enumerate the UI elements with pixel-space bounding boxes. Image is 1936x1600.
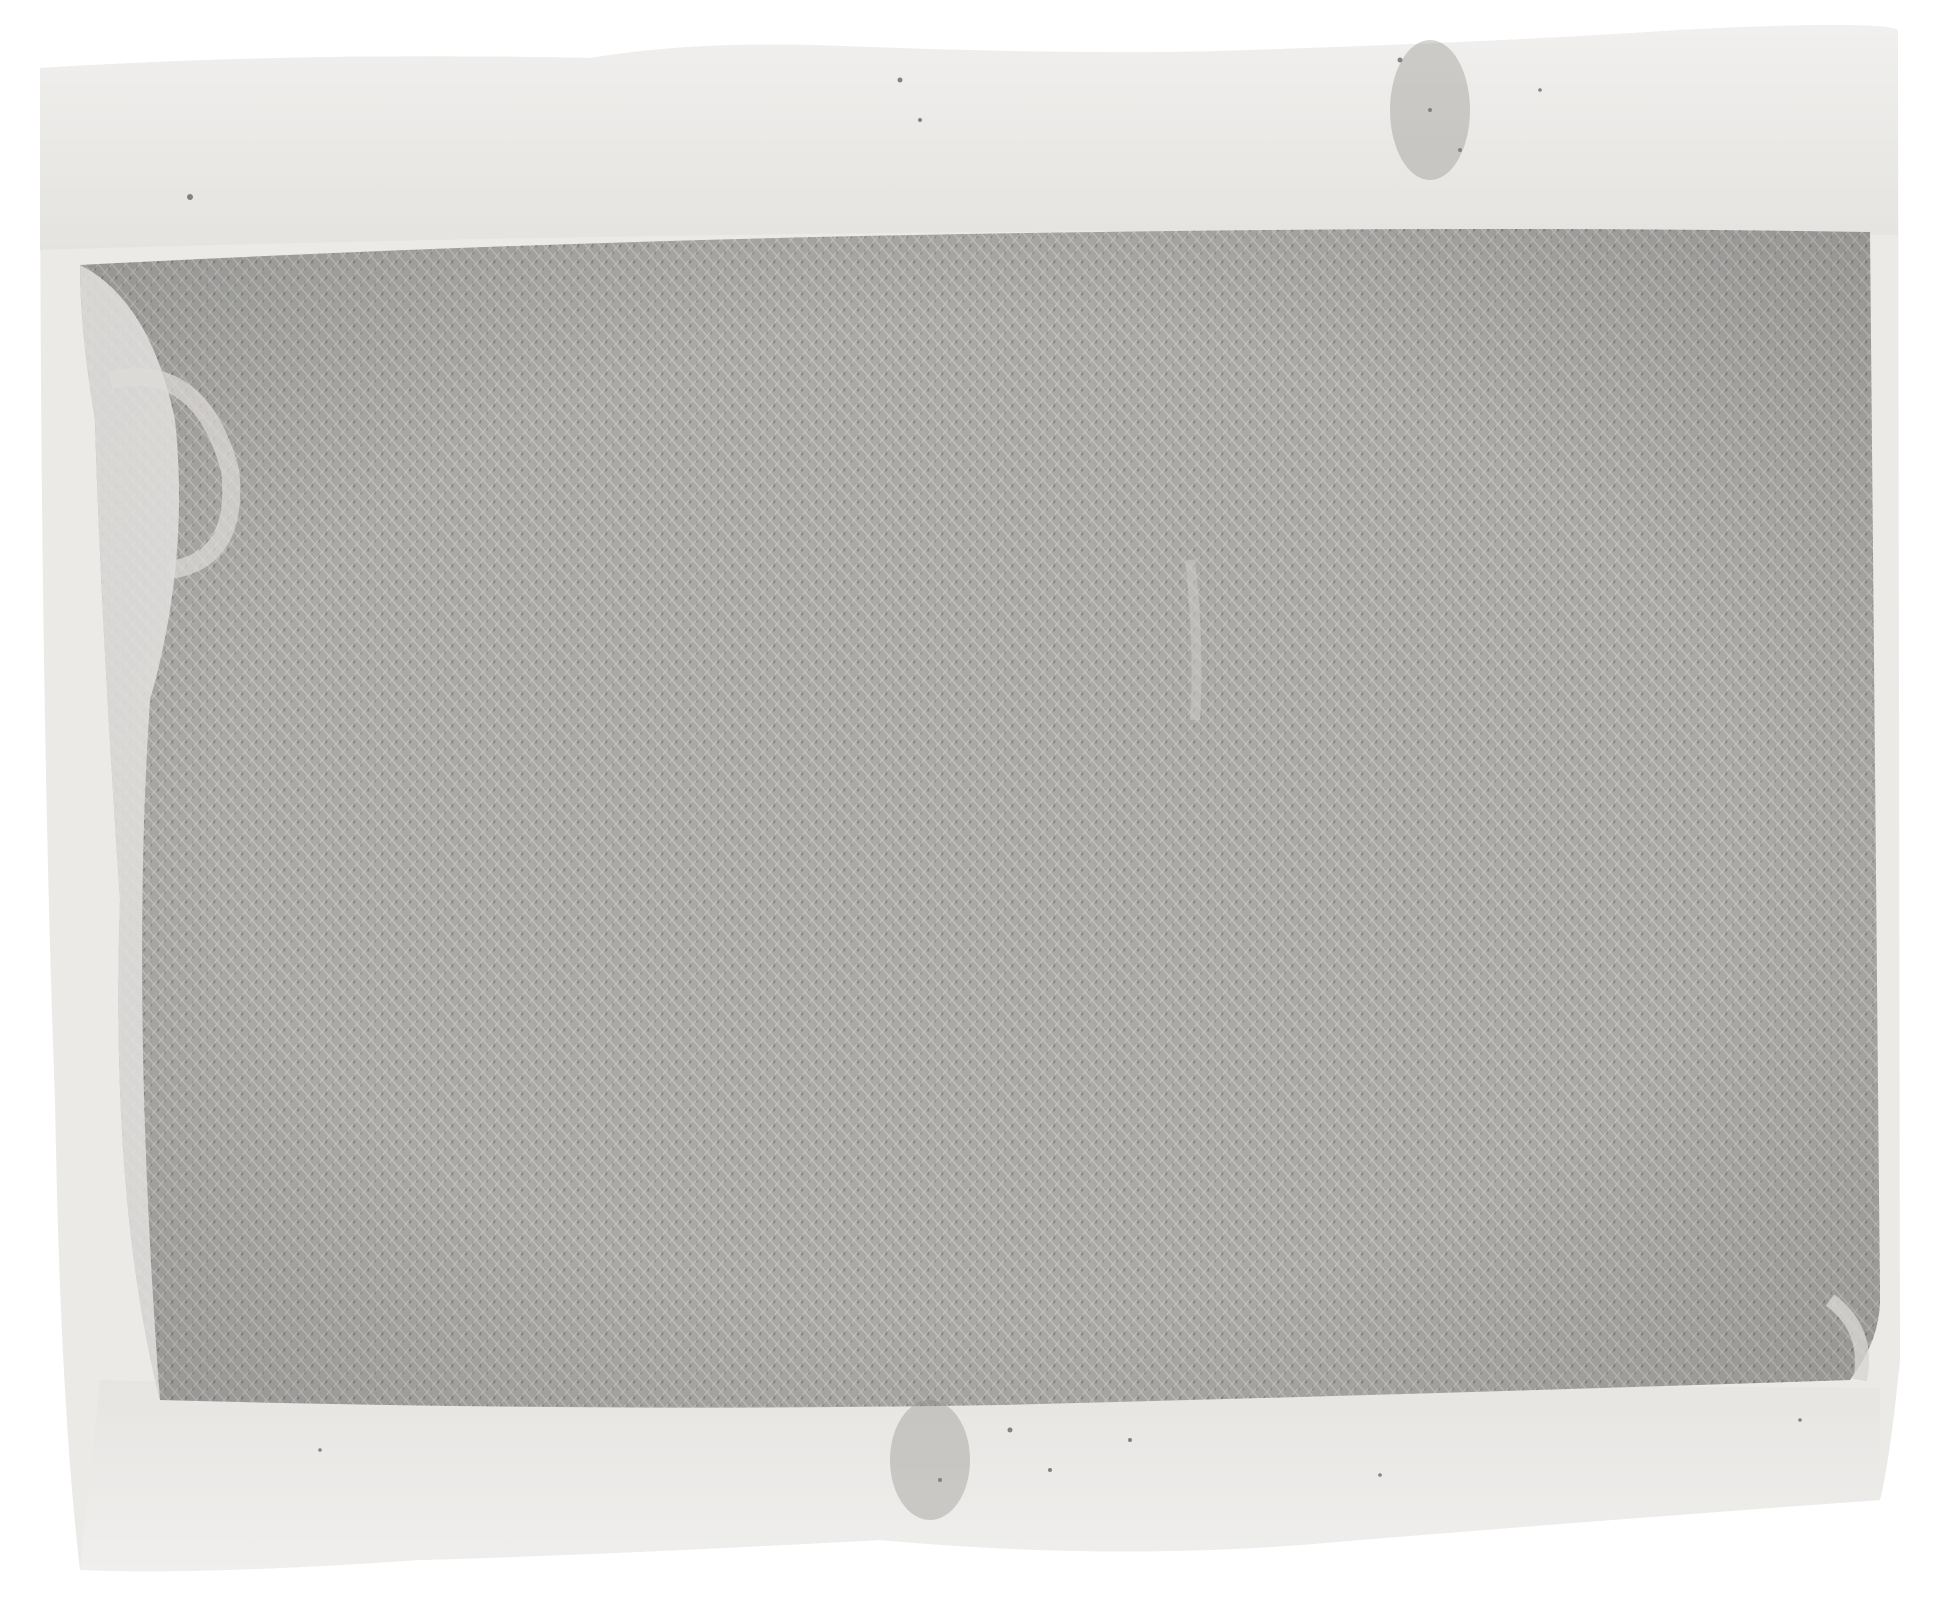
tea-bag bbox=[40, 25, 1900, 1571]
top-seal bbox=[40, 25, 1898, 250]
photo-scene bbox=[0, 0, 1936, 1600]
bottom-seal bbox=[80, 1380, 1880, 1571]
tea-bag-illustration bbox=[0, 0, 1936, 1600]
